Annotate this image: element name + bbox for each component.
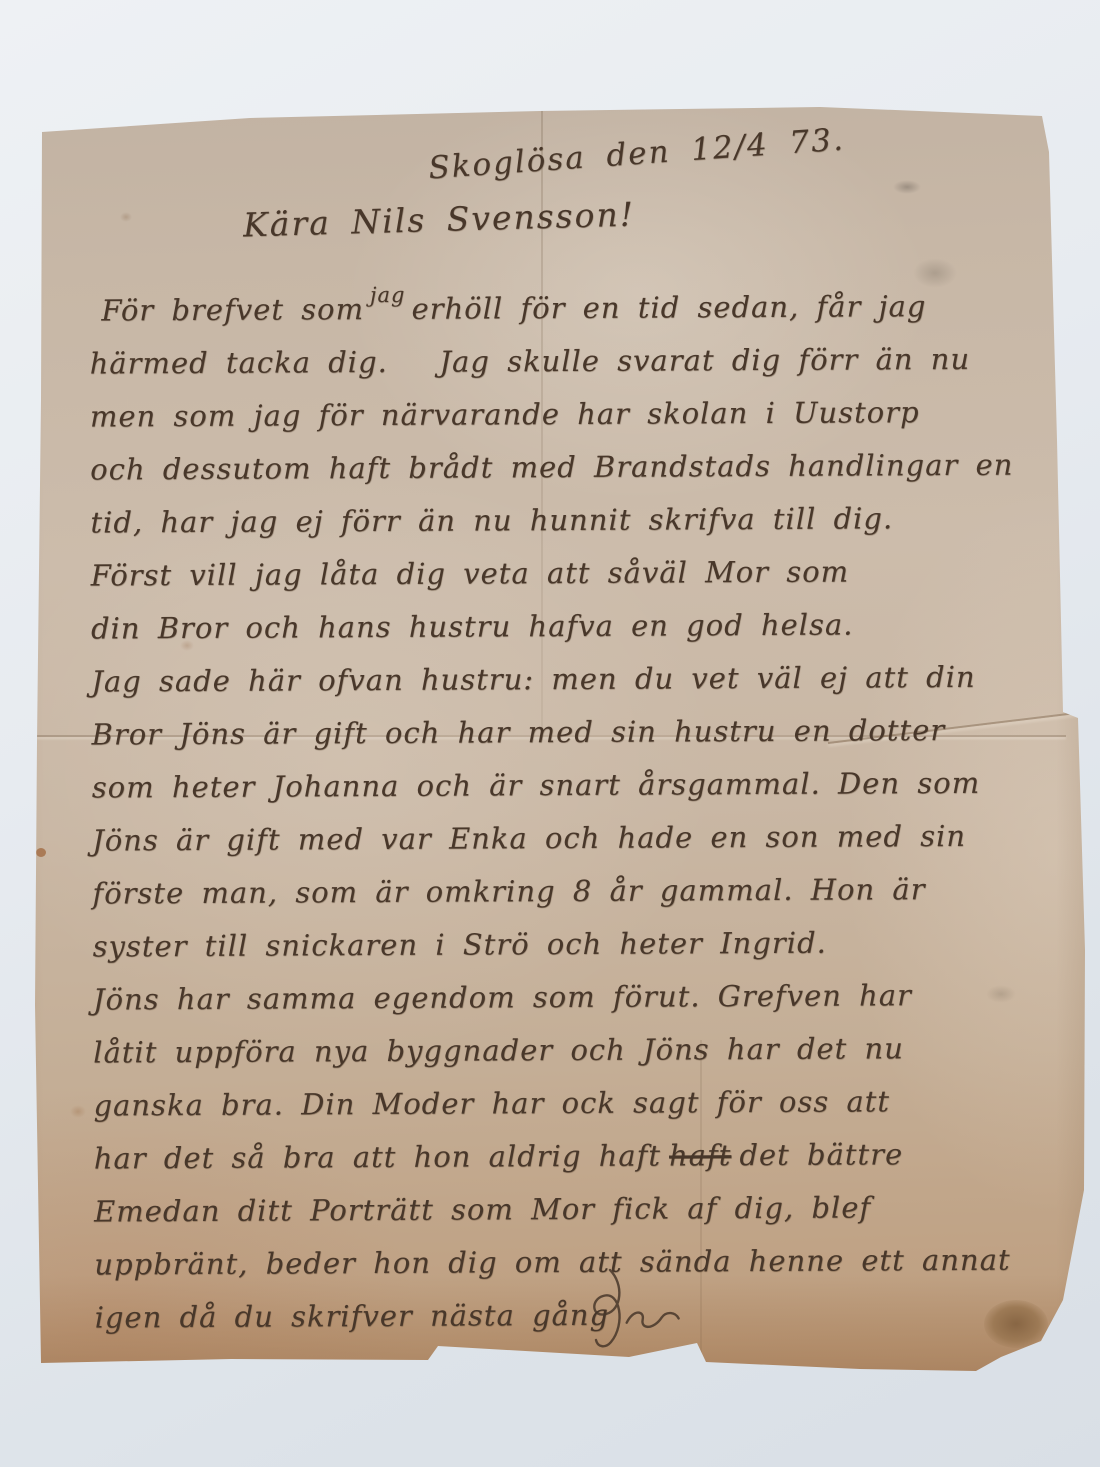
letter-line: din Bror och hans hustru hafva en god he… xyxy=(91,597,1051,655)
letter-line: som heter Johanna och är snart årsgammal… xyxy=(92,756,1052,814)
letter-line: Först vill jag låta dig veta att såväl M… xyxy=(91,544,1051,602)
letter-paper: Skoglösa den 12/4 73. Kära Nils Svensson… xyxy=(0,0,1100,1467)
line-text: har det så bra att hon aldrig haft xyxy=(94,1139,661,1176)
letter-line: syster till snickaren i Strö och heter I… xyxy=(93,915,1053,973)
struck-word: haft xyxy=(669,1138,732,1172)
dateline: Skoglösa den 12/4 73. xyxy=(427,121,846,186)
letter-line: men som jag för närvarande har skolan i … xyxy=(90,385,1050,443)
letter-body: För brefvet somjagerhöll för en tid seda… xyxy=(89,279,1055,1344)
rust-spot xyxy=(36,848,46,857)
foxing-spot xyxy=(70,1105,86,1118)
line-text: det bättre xyxy=(739,1137,903,1172)
line-text: För brefvet som xyxy=(101,292,364,327)
letter-line: förste man, som är omkring 8 år gammal. … xyxy=(92,862,1052,920)
salutation: Kära Nils Svensson! xyxy=(243,195,636,245)
letter-line: Jöns är gift med var Enka och hade en so… xyxy=(92,809,1052,867)
letter-line: har det så bra att hon aldrig hafthaftde… xyxy=(94,1127,1054,1185)
letter-line: härmed tacka dig. Jag skulle svarat dig … xyxy=(90,332,1050,390)
letter-line: igen då du skrifver nästa gång xyxy=(95,1286,1055,1344)
line-text: igen då du skrifver nästa gång xyxy=(95,1298,610,1335)
letter-line: tid, har jag ej förr än nu hunnit skrifv… xyxy=(90,491,1050,549)
letter-line: ganska bra. Din Moder har ock sagt för o… xyxy=(93,1074,1053,1132)
letter-line: Jöns har samma egendom som förut. Grefve… xyxy=(93,968,1053,1026)
foxing-spot xyxy=(120,212,132,222)
photo-backdrop: Skoglösa den 12/4 73. Kära Nils Svensson… xyxy=(0,0,1100,1467)
letter-line: För brefvet somjagerhöll för en tid seda… xyxy=(89,279,1049,337)
ink-smudge xyxy=(893,180,921,194)
letter-line: uppbränt, beder hon dig om att sända hen… xyxy=(94,1233,1054,1291)
letter-line: Bror Jöns är gift och har med sin hustru… xyxy=(91,703,1051,761)
letter-line: Emedan ditt Porträtt som Mor fick af dig… xyxy=(94,1180,1054,1238)
letter-line: låtit uppföra nya byggnader och Jöns har… xyxy=(93,1021,1053,1079)
letter-line: Jag sade här ofvan hustru: men du vet vä… xyxy=(91,650,1051,708)
pen-flourish-icon xyxy=(584,1268,630,1352)
line-text: erhöll för en tid sedan, får jag xyxy=(411,289,926,326)
pen-flourish-icon xyxy=(623,1304,681,1330)
inserted-word: jag xyxy=(370,283,406,307)
letter-line: och dessutom haft brådt med Brandstads h… xyxy=(90,438,1050,496)
